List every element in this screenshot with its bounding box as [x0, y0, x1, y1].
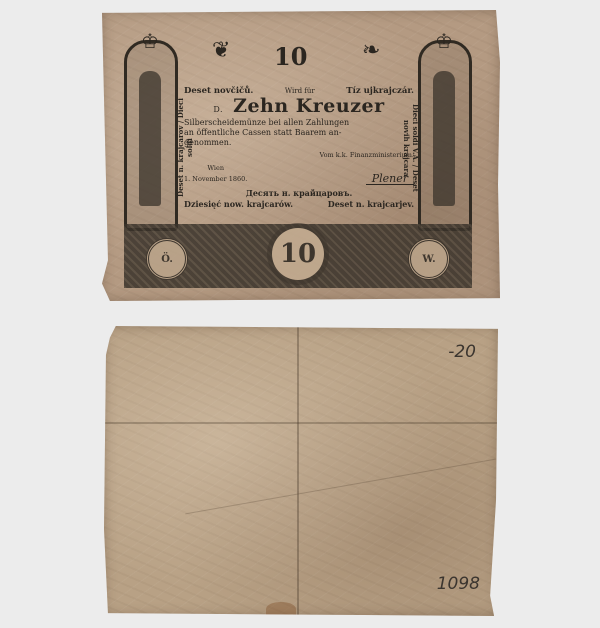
- body-text: Silberscheidemünze bei allen Zahlungen a…: [184, 118, 414, 148]
- signature: Plener: [366, 173, 414, 185]
- medallion-left: Ö.: [146, 238, 188, 280]
- dateline: Wien 1. November 1860. Plener: [184, 163, 414, 185]
- date: 1. November 1860.: [184, 174, 247, 185]
- issuer: Vom k.k. Finanzministerium.: [184, 150, 414, 161]
- ornamental-frame: ♔ ♔ ❦ ❧ 10 Deset n. krajcarov / Dieci so…: [124, 34, 472, 278]
- center-denomination: 10: [272, 228, 324, 280]
- slovenian-denomination: Deset n. krajcarjev.: [328, 199, 414, 210]
- body-line: Silberscheidemünze bei allen Zahlungen: [184, 118, 414, 128]
- bottom-ornament-band: Ö. 10 W.: [124, 224, 472, 288]
- banknote-front: ♔ ♔ ❦ ❧ 10 Deset n. krajcarov / Dieci so…: [102, 10, 500, 301]
- fold-crease-horizontal: [104, 422, 498, 424]
- polish-denomination: Dziesięć now. krajcarów.: [184, 199, 293, 210]
- right-pillar-ornament: ♔: [418, 40, 472, 231]
- stain: [266, 602, 296, 616]
- title-text: Zehn Kreuzer: [233, 95, 385, 117]
- griffin-right-icon: ❧: [362, 38, 380, 63]
- fold-crease-vertical: [297, 326, 299, 616]
- top-denomination: 10: [274, 42, 307, 71]
- body-line: genommen.: [184, 138, 414, 148]
- double-eagle-icon: ♔: [141, 29, 159, 53]
- body-line: an öffentliche Cassen statt Baarem an-: [184, 128, 414, 138]
- place: Wien: [184, 163, 247, 174]
- pencil-price-note: -20: [448, 342, 476, 362]
- pencil-inventory-number: 1098: [437, 574, 480, 594]
- banknote-back: -20 1098: [104, 326, 498, 616]
- title-prefix: D.: [213, 105, 223, 114]
- medallion-right: W.: [408, 238, 450, 280]
- cyrillic-denomination: Десять н. крайцаровъ.: [184, 188, 414, 199]
- note-text-block: Deset novčičů. Wird für Tíz ujkrajczár. …: [184, 86, 414, 210]
- left-pillar-ornament: ♔: [124, 40, 178, 231]
- fold-crease-diagonal: [185, 458, 496, 514]
- note-title: D.Zehn Kreuzer: [184, 101, 414, 115]
- double-eagle-icon: ♔: [435, 29, 453, 53]
- male-figure-engraving: [139, 71, 161, 206]
- griffin-left-icon: ❦: [212, 38, 230, 63]
- female-figure-engraving: [433, 71, 455, 206]
